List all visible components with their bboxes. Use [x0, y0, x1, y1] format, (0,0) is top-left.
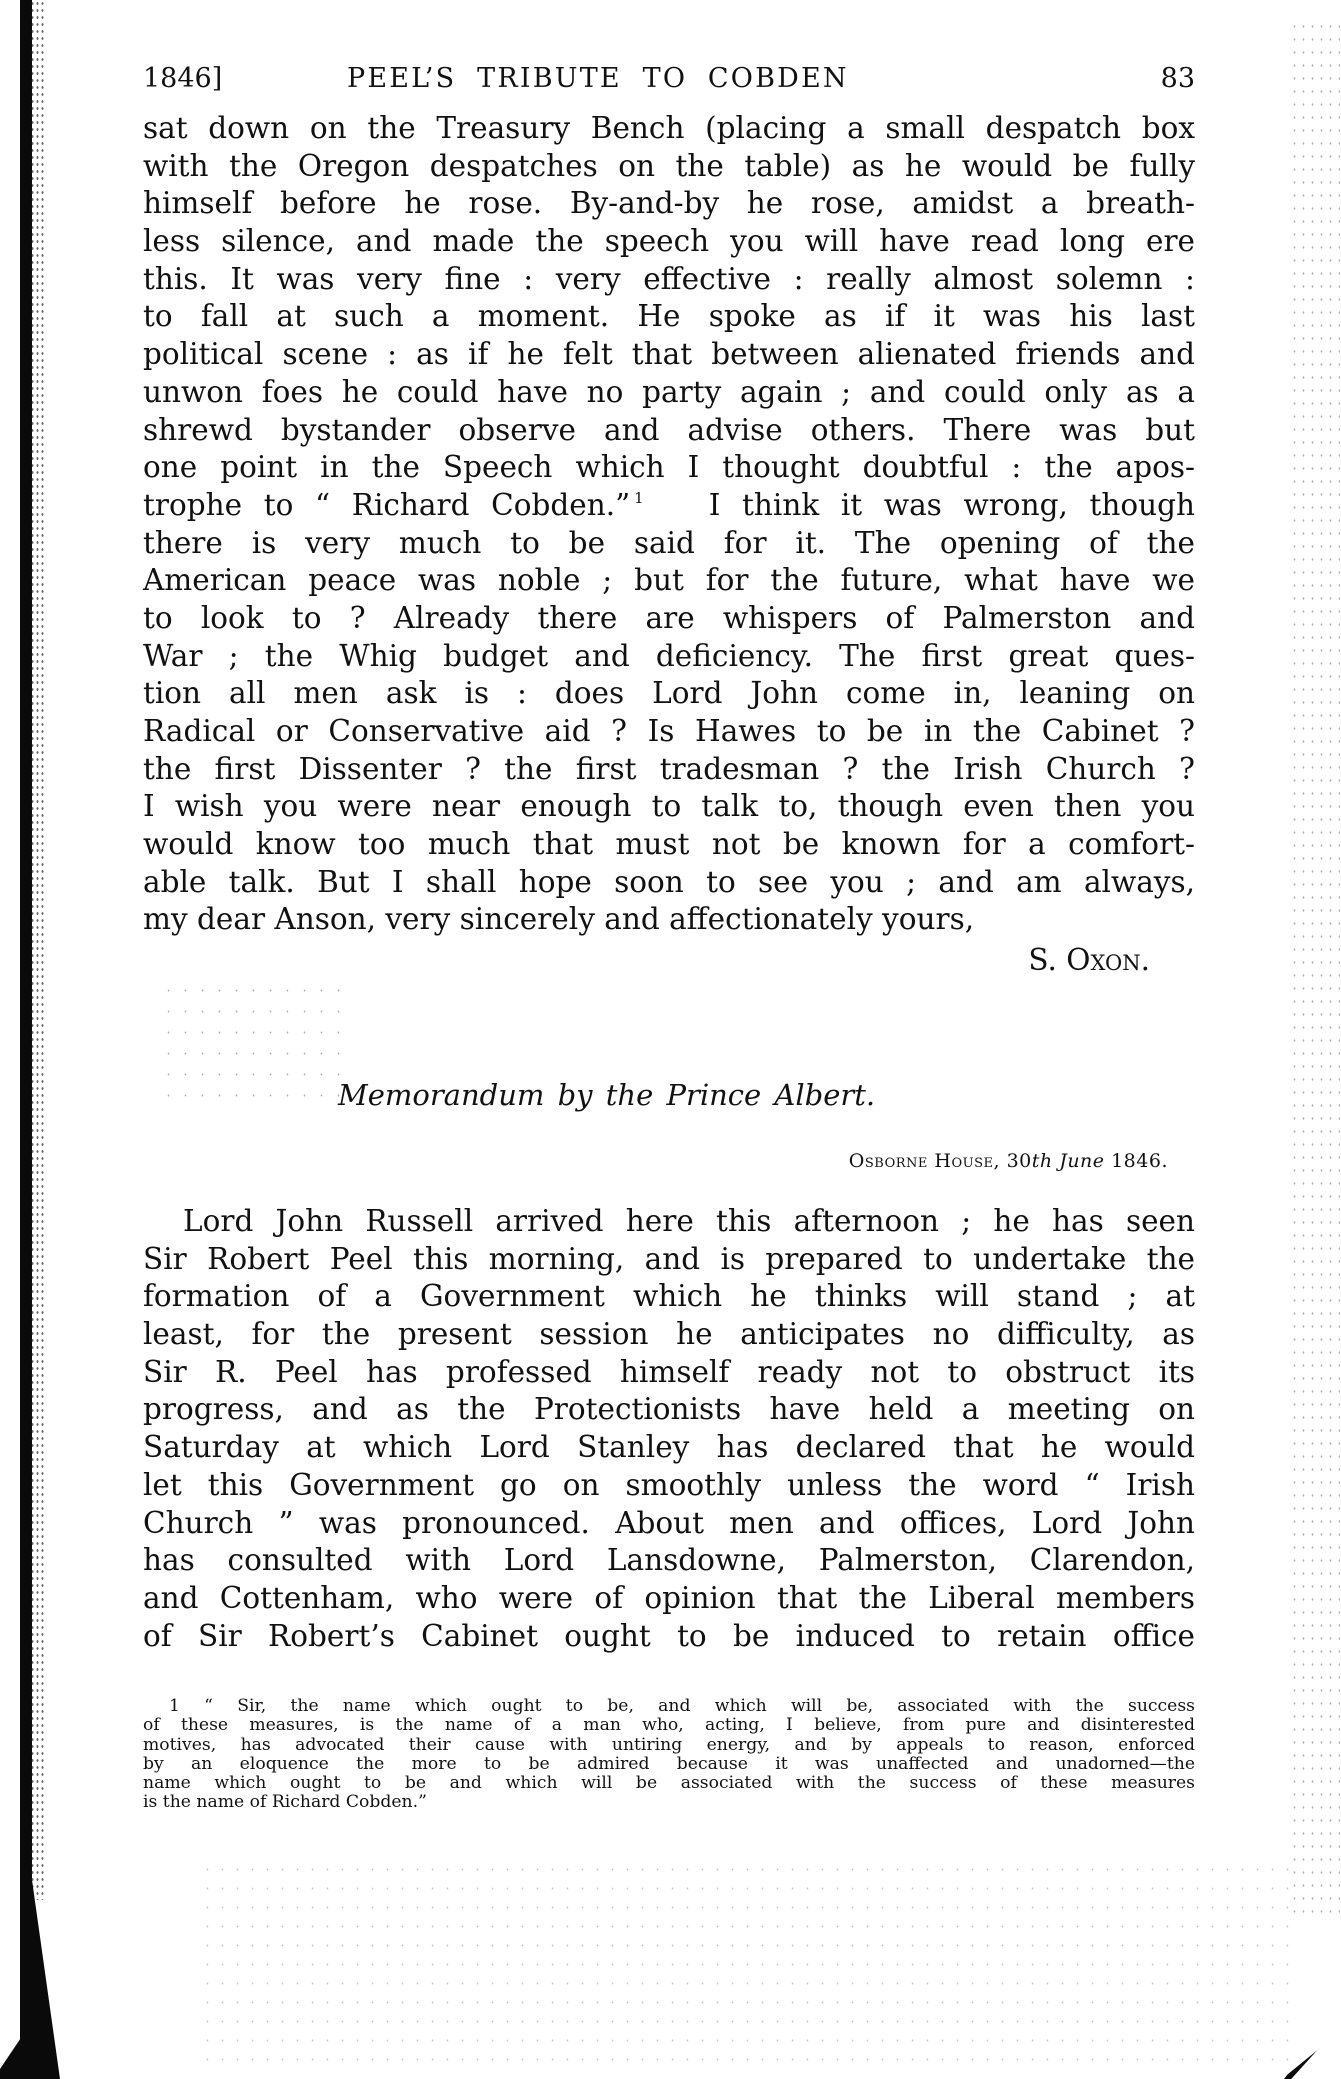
text-line: and Cottenham, who were of opinion that … [143, 1580, 1195, 1618]
dateline-day-suffix: th [1032, 1150, 1053, 1172]
letter-signature: S. Oxon. [1028, 942, 1150, 979]
footnote: 1 “ Sir, the name which ought to be, and… [143, 1697, 1195, 1813]
text-line: of Sir Robert’s Cabinet ought to be indu… [143, 1618, 1195, 1656]
text-segment: trophe to “ Richard Cobden.” [143, 488, 630, 522]
scan-edge-left-foot [0, 1880, 70, 2079]
text-line: Radical or Conservative aid ? Is Hawes t… [143, 713, 1195, 751]
text-line: to fall at such a moment. He spoke as if… [143, 298, 1195, 336]
dateline-month: June [1059, 1150, 1104, 1172]
running-head-title: PEEL’S TRIBUTE TO COBDEN [347, 62, 849, 96]
text-line: the first Dissenter ? the first tradesma… [143, 751, 1195, 789]
text-line: least, for the present session he antici… [143, 1316, 1195, 1354]
footnote-line: name which ought to be and which will be… [143, 1774, 1195, 1793]
footnote-reference[interactable]: 1 [634, 489, 644, 507]
text-line: Saturday at which Lord Stanley has decla… [143, 1429, 1195, 1467]
text-line: would know too much that must not be kno… [143, 826, 1195, 864]
footnote-line: 1 “ Sir, the name which ought to be, and… [143, 1697, 1195, 1716]
text-line: political scene : as if he felt that bet… [143, 336, 1195, 374]
footnote-line: by an eloquence the more to be admired b… [143, 1755, 1195, 1774]
text-line-with-footnote-ref: trophe to “ Richard Cobden.”1 I think it… [143, 487, 1195, 525]
text-line: Lord John Russell arrived here this afte… [143, 1203, 1195, 1241]
dateline-day: 30 [1007, 1150, 1032, 1172]
text-line: there is very much to be said for it. Th… [143, 525, 1195, 563]
text-line: less silence, and made the speech you wi… [143, 223, 1195, 261]
dateline-year: 1846. [1111, 1150, 1168, 1172]
running-head: 1846] PEEL’S TRIBUTE TO COBDEN 83 [143, 62, 1195, 96]
signature-rest: xon. [1090, 943, 1150, 977]
signature-initial: S. O [1028, 943, 1090, 977]
dateline-place: Osborne House, [849, 1150, 1000, 1172]
text-line: sat down on the Treasury Bench (placing … [143, 110, 1195, 148]
text-line: progress, and as the Protectionists have… [143, 1391, 1195, 1429]
text-line: let this Government go on smoothly unles… [143, 1467, 1195, 1505]
text-line: tion all men ask is : does Lord John com… [143, 675, 1195, 713]
footnote-line: of these measures, is the name of a man … [143, 1716, 1195, 1735]
text-line: shrewd bystander observe and advise othe… [143, 412, 1195, 450]
page-number: 83 [1161, 62, 1195, 96]
text-line: this. It was very fine : very effective … [143, 261, 1195, 299]
text-line: Sir R. Peel has professed himself ready … [143, 1354, 1195, 1392]
footnote-line: motives, has advocated their cause with … [143, 1736, 1195, 1755]
text-line: my dear Anson, very sincerely and affect… [143, 901, 1195, 939]
text-line: American peace was noble ; but for the f… [143, 562, 1195, 600]
text-line: himself before he rose. By-and-by he ros… [143, 185, 1195, 223]
text-line: unwon foes he could have no party again … [143, 374, 1195, 412]
scan-edge-speckle [30, 0, 44, 1900]
scan-corner-mark [1284, 2048, 1320, 2079]
text-line: War ; the Whig budget and deficiency. Th… [143, 638, 1195, 676]
text-line: with the Oregon despatches on the table)… [143, 148, 1195, 186]
scan-noise-memo [160, 980, 340, 1110]
footnote-line: is the name of Richard Cobden.” [143, 1793, 1195, 1812]
text-line: to look to ? Already there are whispers … [143, 600, 1195, 638]
running-head-year: 1846] [143, 62, 222, 96]
letter-paragraph: sat down on the Treasury Bench (placing … [143, 110, 1195, 939]
text-line: I wish you were near enough to talk to, … [143, 788, 1195, 826]
text-line: able talk. But I shall hope soon to see … [143, 864, 1195, 902]
text-line: has consulted with Lord Lansdowne, Palme… [143, 1542, 1195, 1580]
memorandum-heading: Memorandum by the Prince Albert. [338, 1076, 875, 1114]
text-segment: I think it was wrong, though [709, 488, 1195, 522]
memorandum-dateline: Osborne House, 30th June 1846. [849, 1149, 1168, 1173]
text-line: one point in the Speech which I thought … [143, 449, 1195, 487]
memorandum-paragraph: Lord John Russell arrived here this afte… [143, 1203, 1195, 1655]
scan-noise-right [1290, 20, 1340, 1920]
text-line: formation of a Government which he think… [143, 1278, 1195, 1316]
text-line: Church ” was pronounced. About men and o… [143, 1505, 1195, 1543]
scan-noise-bottom [200, 1860, 1300, 2070]
text-line: Sir Robert Peel this morning, and is pre… [143, 1241, 1195, 1279]
